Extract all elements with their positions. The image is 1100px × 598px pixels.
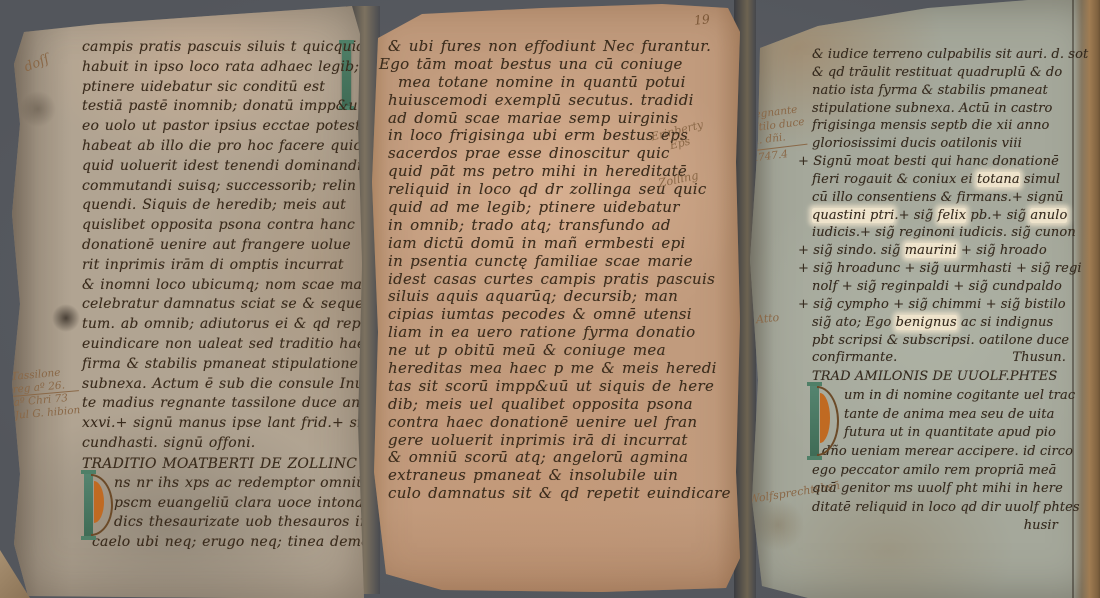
text-line: & iudice terreno culpabilis sit auri. d.… [812, 46, 1092, 64]
text-line: huiuscemodi exemplū secutus. tradidi [388, 92, 742, 110]
reagent-highlight: anulo [1030, 208, 1067, 223]
text-line: dics thesaurizate uob thesauros in [82, 513, 368, 533]
manuscript-page-right: regnante Vtilo duce a. dñi. .747.4 Atto … [748, 0, 1100, 598]
text-line: siluis aquis aquarūq; decursib; man [388, 288, 742, 306]
text-line: commutandi suisq; successorib; relin [82, 177, 368, 197]
reagent-highlight: felix [938, 208, 967, 223]
scribe-signature: Thusun. [1012, 349, 1092, 367]
charter-heading: TRADITIO MOATBERTI DE ZOLLINC [82, 454, 368, 474]
text-segment: .+ sig̃ [894, 208, 937, 223]
text-line: dib; meis uel qualibet opposita psona [388, 396, 742, 414]
text-line: cū illo consentiens & firmans.+ signū [812, 189, 1092, 207]
text-line: quid ad me legib; ptinere uidebatur [388, 199, 742, 217]
text-segment: pb.+ sig̃ [966, 208, 1030, 223]
reagent-highlight: quastini ptri [812, 208, 894, 223]
text-line: rit inprimis irām di omptis incurrat [82, 256, 368, 276]
text-line: mea totane nomine in quantū potui [388, 74, 742, 92]
text-block-right: & iudice terreno culpabilis sit auri. d.… [812, 46, 1092, 536]
text-line: ns nr ihs xps ac redemptor omniū [82, 474, 368, 494]
text-line: tum. ab omnib; adiutorus ei & qd repetit [82, 315, 368, 335]
text-line: cipias iumtas pecodes & omnē utensi [388, 306, 742, 324]
text-line: frigisinga mensis septb die xii anno [812, 117, 1092, 135]
text-line: gere uoluerit inprimis irā di incurrat [388, 432, 742, 450]
manuscript-page-left: doſſ Tassilone reg aº 26. aº Chri 73 Jul… [8, 4, 364, 598]
text-line: fieri rogauit & coniux ei totana simul [812, 171, 1092, 189]
text-line: ditatē reliquid in loco qd dir uuolf pht… [812, 499, 1092, 518]
text-line: ad domū scae mariae semp uirginis [388, 110, 742, 128]
text-block-left: campis pratis pascuis siluis t quicquid … [82, 38, 368, 553]
text-line: habeat ab illo die pro hoc facere quic [82, 137, 368, 157]
manuscript-page-middle: 19 Erinberty Ep̃s Zolling & ubi fures no… [362, 2, 746, 598]
text-line: in omnib; trado atq; transfundo ad [388, 217, 742, 235]
text-line: donationē uenire aut frangere uolue [82, 236, 368, 256]
text-segment: sig̃ ato; Ego [812, 315, 896, 330]
reagent-highlight: maurini [905, 243, 957, 258]
text-line: reliquid in loco qd dr zollinga seu quic [388, 181, 742, 199]
text-line: confirmante. Thusun. [812, 349, 1092, 367]
text-line: idest casas curtes campis pratis pascuis [388, 271, 742, 289]
text-line: eo uolo ut pastor ipsius ecctae potestat… [82, 117, 368, 137]
marginal-note-tassilo: Tassilone reg aº 26. aº Chri 73 Jul G. h… [11, 365, 81, 422]
folio-number: 19 [693, 11, 710, 28]
charter-paragraph: ns nr ihs xps ac redemptor omniū pscm eu… [82, 474, 368, 553]
text-segment: ac si indignus [957, 315, 1054, 330]
text-line: quastini ptri.+ sig̃ felix pb.+ sig̃ anu… [812, 207, 1092, 225]
text-line: Ego tām moat bestus una cū coniuge [388, 56, 742, 74]
text-line: quendi. Siquis de heredib; meis aut [82, 196, 368, 216]
text-line: te madius regnante tassilone duce anno [82, 394, 368, 414]
text-line: iam dictū domū in mañ ermbesti epi [388, 235, 742, 253]
manuscript-photo: doſſ Tassilone reg aº 26. aº Chri 73 Jul… [0, 0, 1100, 598]
text-line: tante de anima mea seu de uita [812, 406, 1092, 425]
text-line: ne ut p obitū meū & coniuge mea [388, 342, 742, 360]
illuminated-initial-d [84, 472, 114, 538]
charter-paragraph: um in di nomine cogitante uel trac tante… [812, 387, 1092, 536]
text-line: iudicis.+ sig̃ reginoni iudicis. sig̃ cu… [812, 224, 1092, 242]
text-line: quislibet opposita psona contra hanc [82, 216, 368, 236]
text-line: + sig̃ hroadunc + sig̃ uurmhasti + sig̃ … [812, 260, 1092, 278]
text-line: liam in ea uero ratione fyrma donatio [388, 324, 742, 342]
text-line: & omniū scorū atq; angelorū agmina [388, 449, 742, 467]
text-line: quid pāt ms petro mihi in hereditatē [388, 163, 742, 181]
text-line: ego peccator amilo rem propriā meā [812, 462, 1092, 481]
text-line: habuit in ipso loco rata adhaec legib; [82, 58, 368, 78]
text-segment: simul [1020, 172, 1060, 187]
text-line: caelo ubi neq; erugo neq; tinea demol [82, 533, 368, 553]
marginal-note-top: doſſ [22, 52, 52, 76]
text-line: hereditas mea haec p me & meis heredi [388, 360, 742, 378]
text-line: campis pratis pascuis siluis t quicquid [82, 38, 368, 58]
text-line: + Signū moat besti qui hanc donationē [812, 153, 1092, 171]
text-segment: + sig̃ sindo. sig̃ [798, 243, 905, 258]
reagent-highlight: benignus [896, 315, 957, 330]
text-line: + sig̃ sindo. sig̃ maurini + sig̃ hroado [812, 242, 1092, 260]
text-line: tas sit scorū impp&uū ut siquis de here [388, 378, 742, 396]
text-line: pbt scripsi & subscripsi. oatilone duce [812, 332, 1092, 350]
text-line: pscm euangeliū clara uoce intonat [82, 494, 368, 514]
text-line: natio ista fyrma & stabilis pmaneat [812, 82, 1092, 100]
text-segment: + sig̃ hroado [957, 243, 1047, 258]
text-line: quid uoluerit idest tenendi dominandi [82, 157, 368, 177]
text-line: culo damnatus sit & qd repetit euindicar… [388, 485, 742, 503]
text-line: euindicare non ualeat sed traditio haec [82, 335, 368, 355]
text-line: & qd trāulit restituat quadruplū & do [812, 64, 1092, 82]
text-line: subnexa. Actum ē sub die consule Inuu [82, 375, 368, 395]
text-line: & ubi fures non effodiunt Nec furantur. [388, 38, 742, 56]
text-line: testiā pastē inomnib; donatū impp&uū [82, 97, 368, 117]
text-line: contra haec donationē uenire uel fran [388, 414, 742, 432]
text-line: um in di nomine cogitante uel trac [812, 387, 1092, 406]
text-line: quā genitor ms uuolf pht mihi in here [812, 480, 1092, 499]
text-line: in loco frigisinga ubi erm bestus eps [388, 127, 742, 145]
marginal-note-atto: Atto [755, 311, 779, 326]
text-block-middle: & ubi fures non effodiunt Nec furantur. … [388, 38, 742, 503]
text-line: xxvi.+ signū manus ipse lant frid.+ sig̃ [82, 414, 368, 434]
text-line: gloriosissimi ducis oatilonis viii [812, 135, 1092, 153]
text-line: + sig̃ cympho + sig̃ chimmi + sig̃ bisti… [812, 296, 1092, 314]
text-line: extraneus pmaneat & insolubile uin [388, 467, 742, 485]
text-line: sig̃ ato; Ego benignus ac si indignus [812, 314, 1092, 332]
text-line: husir [812, 517, 1092, 536]
illuminated-initial-d [810, 384, 840, 458]
reagent-highlight: totana [977, 172, 1020, 187]
text-line: dño ueniam merear accipere. id circo [812, 443, 1092, 462]
text-line: ptinere uidebatur sic conditū est [82, 78, 368, 98]
text-line: stipulatione subnexa. Actū in castro [812, 100, 1092, 118]
charter-heading: TRAD AMILONIS DE UUOLF.PHTES [812, 367, 1092, 387]
text-line: & inomni loco ubicumq; nom scae marię [82, 276, 368, 296]
text-line: sacerdos prae esse dinoscitur quic [388, 145, 742, 163]
text-line: in psentia cunctę familiae scae marie [388, 253, 742, 271]
text-line: celebratur damnatus sciat se & sequestra [82, 295, 368, 315]
text-line: firma & stabilis pmaneat stipulatione [82, 355, 368, 375]
text-segment: confirmante. [812, 349, 897, 367]
text-line: cundhasti. signū offoni. [82, 434, 368, 454]
text-line: nolf + sig̃ reginpaldi + sig̃ cundpaldo [812, 278, 1092, 296]
text-segment: fieri rogauit & coniux ei [812, 172, 977, 187]
text-line: futura ut in quantitate apud pio [812, 424, 1092, 443]
